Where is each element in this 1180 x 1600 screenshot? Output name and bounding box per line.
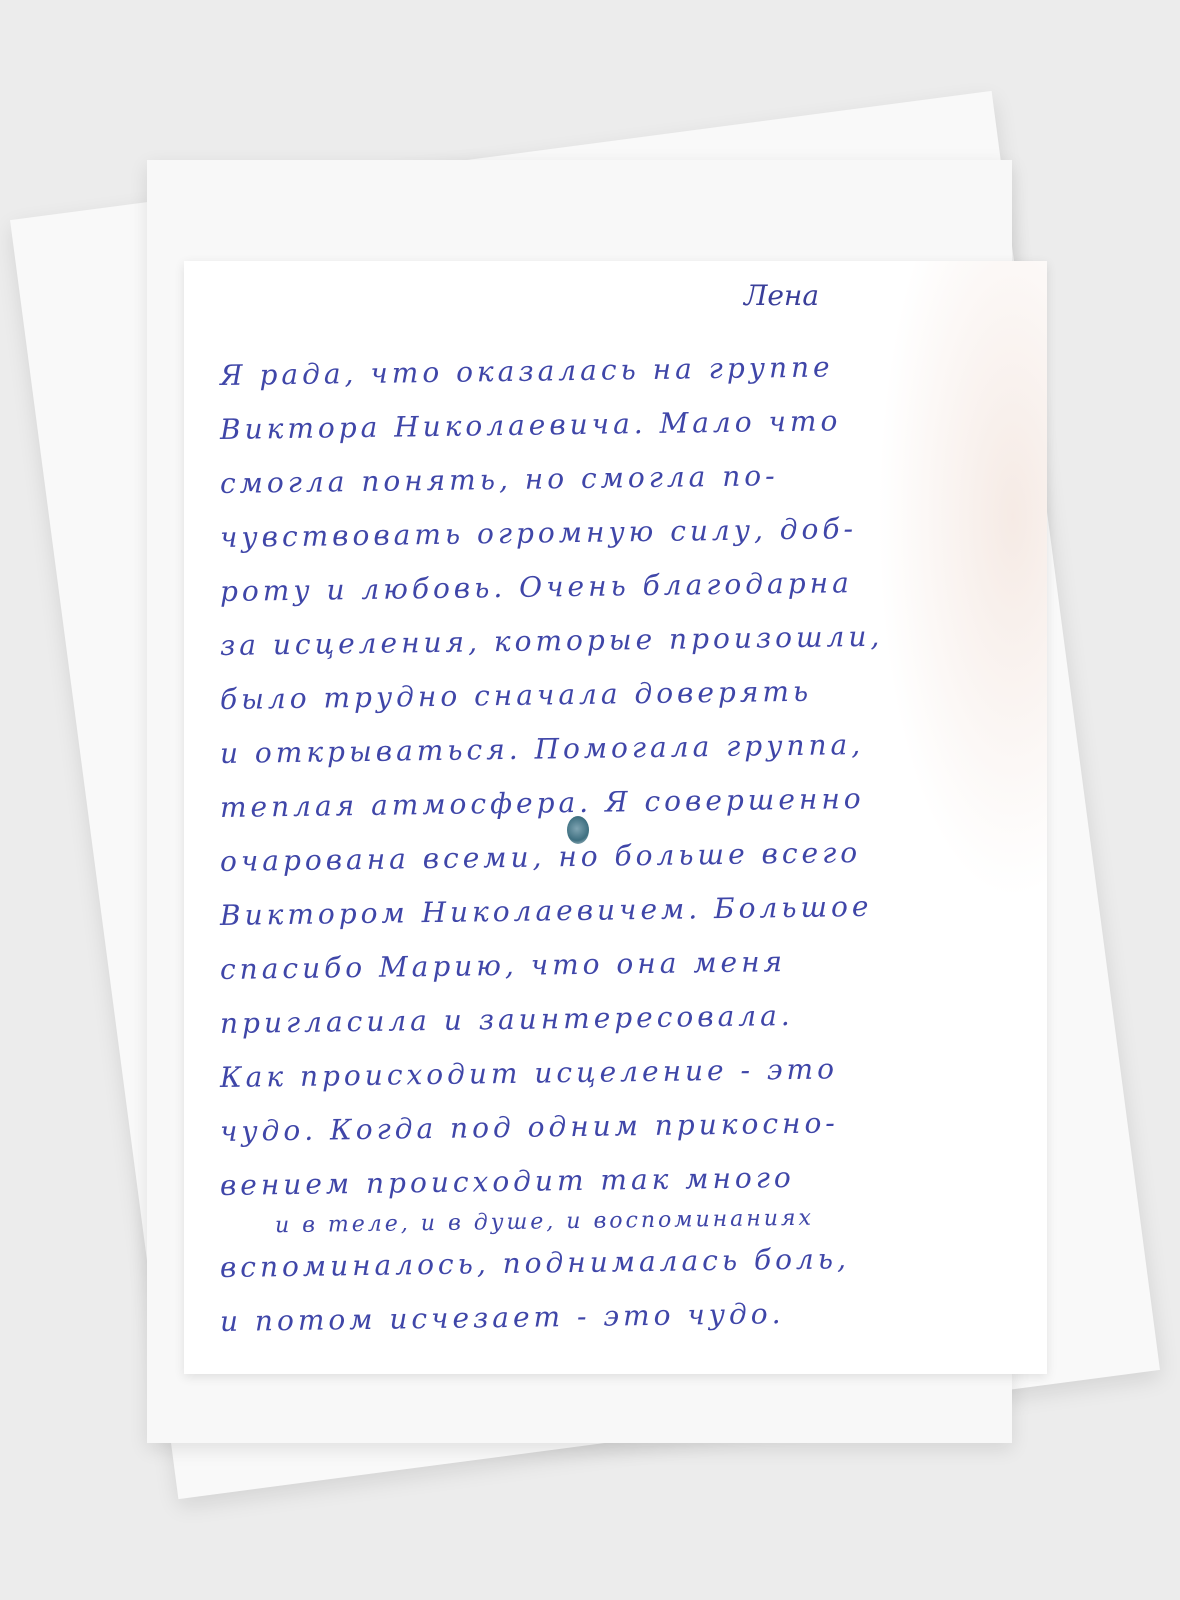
letter-sheet: Лена Я рада, что оказалась на группе Вик… — [184, 261, 1047, 1374]
letter-line: и потом исчезает - это чудо. — [220, 1284, 1036, 1349]
letter-body: Я рада, что оказалась на группе Викторa … — [220, 349, 1035, 1349]
salutation: Лена — [744, 279, 819, 312]
